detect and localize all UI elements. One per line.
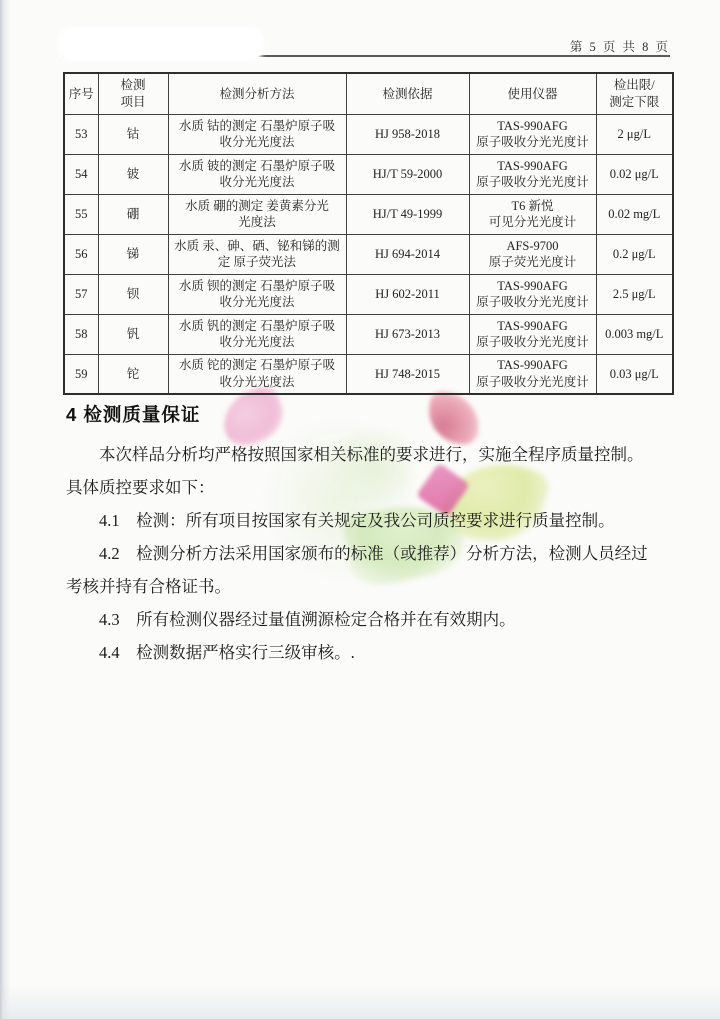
cell-limit: 0.02 mg/L	[596, 194, 673, 234]
cell-method: 水质 硼的测定 姜黄素分光 光度法	[168, 194, 346, 234]
cell-method: 水质 汞、砷、硒、铋和锑的测 定 原子荧光法	[168, 234, 346, 274]
table-row: 57 钡 水质 钡的测定 石墨炉原子吸 收分光光度法 HJ 602-2011 T…	[64, 274, 673, 314]
cell-no: 59	[64, 354, 98, 394]
cell-item: 硼	[98, 194, 168, 234]
cell-basis: HJ 748-2015	[346, 354, 469, 394]
table-row: 58 钒 水质 钒的测定 石墨炉原子吸 收分光光度法 HJ 673-2013 T…	[64, 314, 673, 354]
table-row: 56 锑 水质 汞、砷、硒、铋和锑的测 定 原子荧光法 HJ 694-2014 …	[64, 234, 673, 274]
body-line: 4.2 检测分析方法采用国家颁布的标准（或推荐）分析方法，检测人员经过	[66, 537, 672, 570]
cell-basis: HJ 958-2018	[346, 114, 469, 154]
cell-item: 铍	[98, 154, 168, 194]
section-heading: 4 检测质量保证	[66, 401, 200, 427]
body-line: 4.1 检测：所有项目按国家有关规定及我公司质控要求进行质量控制。	[66, 504, 672, 537]
col-header-item: 检测 项目	[98, 73, 168, 114]
cell-item: 钡	[98, 274, 168, 314]
table-row: 54 铍 水质 铍的测定 石墨炉原子吸 收分光光度法 HJ/T 59-2000 …	[64, 154, 673, 194]
cell-instrument: AFS-9700 原子荧光光度计	[469, 234, 596, 274]
cell-method: 水质 铊的测定 石墨炉原子吸 收分光光度法	[168, 354, 346, 394]
cell-no: 57	[64, 274, 98, 314]
cell-instrument: TAS-990AFG 原子吸收分光光度计	[469, 274, 596, 314]
detection-methods-table: 序号 检测 项目 检测分析方法 检测依据 使用仪器 检出限/ 测定下限 53 钴…	[63, 72, 674, 395]
cell-instrument: TAS-990AFG 原子吸收分光光度计	[469, 114, 596, 154]
col-header-limit: 检出限/ 测定下限	[596, 73, 673, 114]
table-row: 59 铊 水质 铊的测定 石墨炉原子吸 收分光光度法 HJ 748-2015 T…	[64, 354, 673, 394]
cell-no: 53	[64, 114, 98, 154]
cell-limit: 2.5 μg/L	[596, 274, 673, 314]
cell-basis: HJ 673-2013	[346, 314, 469, 354]
redacted-logo-area	[60, 29, 262, 59]
cell-limit: 2 μg/L	[596, 114, 673, 154]
body-line: 4.3 所有检测仪器经过量值溯源检定合格并在有效期内。	[66, 603, 672, 636]
cell-basis: HJ/T 49-1999	[346, 194, 469, 234]
col-header-no: 序号	[64, 73, 98, 114]
table-row: 55 硼 水质 硼的测定 姜黄素分光 光度法 HJ/T 49-1999 T6 新…	[64, 194, 673, 234]
cell-no: 54	[64, 154, 98, 194]
cell-limit: 0.03 μg/L	[596, 354, 673, 394]
cell-method: 水质 钒的测定 石墨炉原子吸 收分光光度法	[168, 314, 346, 354]
cell-method: 水质 钴的测定 石墨炉原子吸 收分光光度法	[168, 114, 346, 154]
cell-method: 水质 钡的测定 石墨炉原子吸 收分光光度法	[168, 274, 346, 314]
cell-limit: 0.02 μg/L	[596, 154, 673, 194]
table-header-row: 序号 检测 项目 检测分析方法 检测依据 使用仪器 检出限/ 测定下限	[64, 73, 673, 114]
cell-method: 水质 铍的测定 石墨炉原子吸 收分光光度法	[168, 154, 346, 194]
cell-no: 56	[64, 234, 98, 274]
cell-item: 钒	[98, 314, 168, 354]
scan-left-edge	[0, 0, 10, 1019]
col-header-method: 检测分析方法	[168, 73, 346, 114]
cell-instrument: TAS-990AFG 原子吸收分光光度计	[469, 314, 596, 354]
cell-limit: 0.003 mg/L	[596, 314, 673, 354]
cell-basis: HJ 602-2011	[346, 274, 469, 314]
page-number: 第 5 页 共 8 页	[570, 37, 670, 55]
cell-item: 铊	[98, 354, 168, 394]
cell-basis: HJ/T 59-2000	[346, 154, 469, 194]
col-header-basis: 检测依据	[346, 73, 469, 114]
table-row: 53 钴 水质 钴的测定 石墨炉原子吸 收分光光度法 HJ 958-2018 T…	[64, 114, 673, 154]
cell-instrument: TAS-990AFG 原子吸收分光光度计	[469, 154, 596, 194]
cell-item: 钴	[98, 114, 168, 154]
cell-no: 55	[64, 194, 98, 234]
body-line: 具体质控要求如下：	[66, 471, 672, 504]
body-line: 4.4 检测数据严格实行三级审核。.	[66, 636, 672, 669]
col-header-instrument: 使用仪器	[469, 73, 596, 114]
cell-item: 锑	[98, 234, 168, 274]
cell-instrument: T6 新悦 可见分光光度计	[469, 194, 596, 234]
cell-no: 58	[64, 314, 98, 354]
section-body: 本次样品分析均严格按照国家相关标准的要求进行，实施全程序质量控制。 具体质控要求…	[66, 438, 672, 669]
cell-instrument: TAS-990AFG 原子吸收分光光度计	[469, 354, 596, 394]
scan-bottom-edge	[0, 985, 720, 1019]
body-line: 本次样品分析均严格按照国家相关标准的要求进行，实施全程序质量控制。	[66, 438, 672, 471]
cell-basis: HJ 694-2014	[346, 234, 469, 274]
cell-limit: 0.2 μg/L	[596, 234, 673, 274]
body-line: 考核并持有合格证书。	[66, 570, 672, 603]
